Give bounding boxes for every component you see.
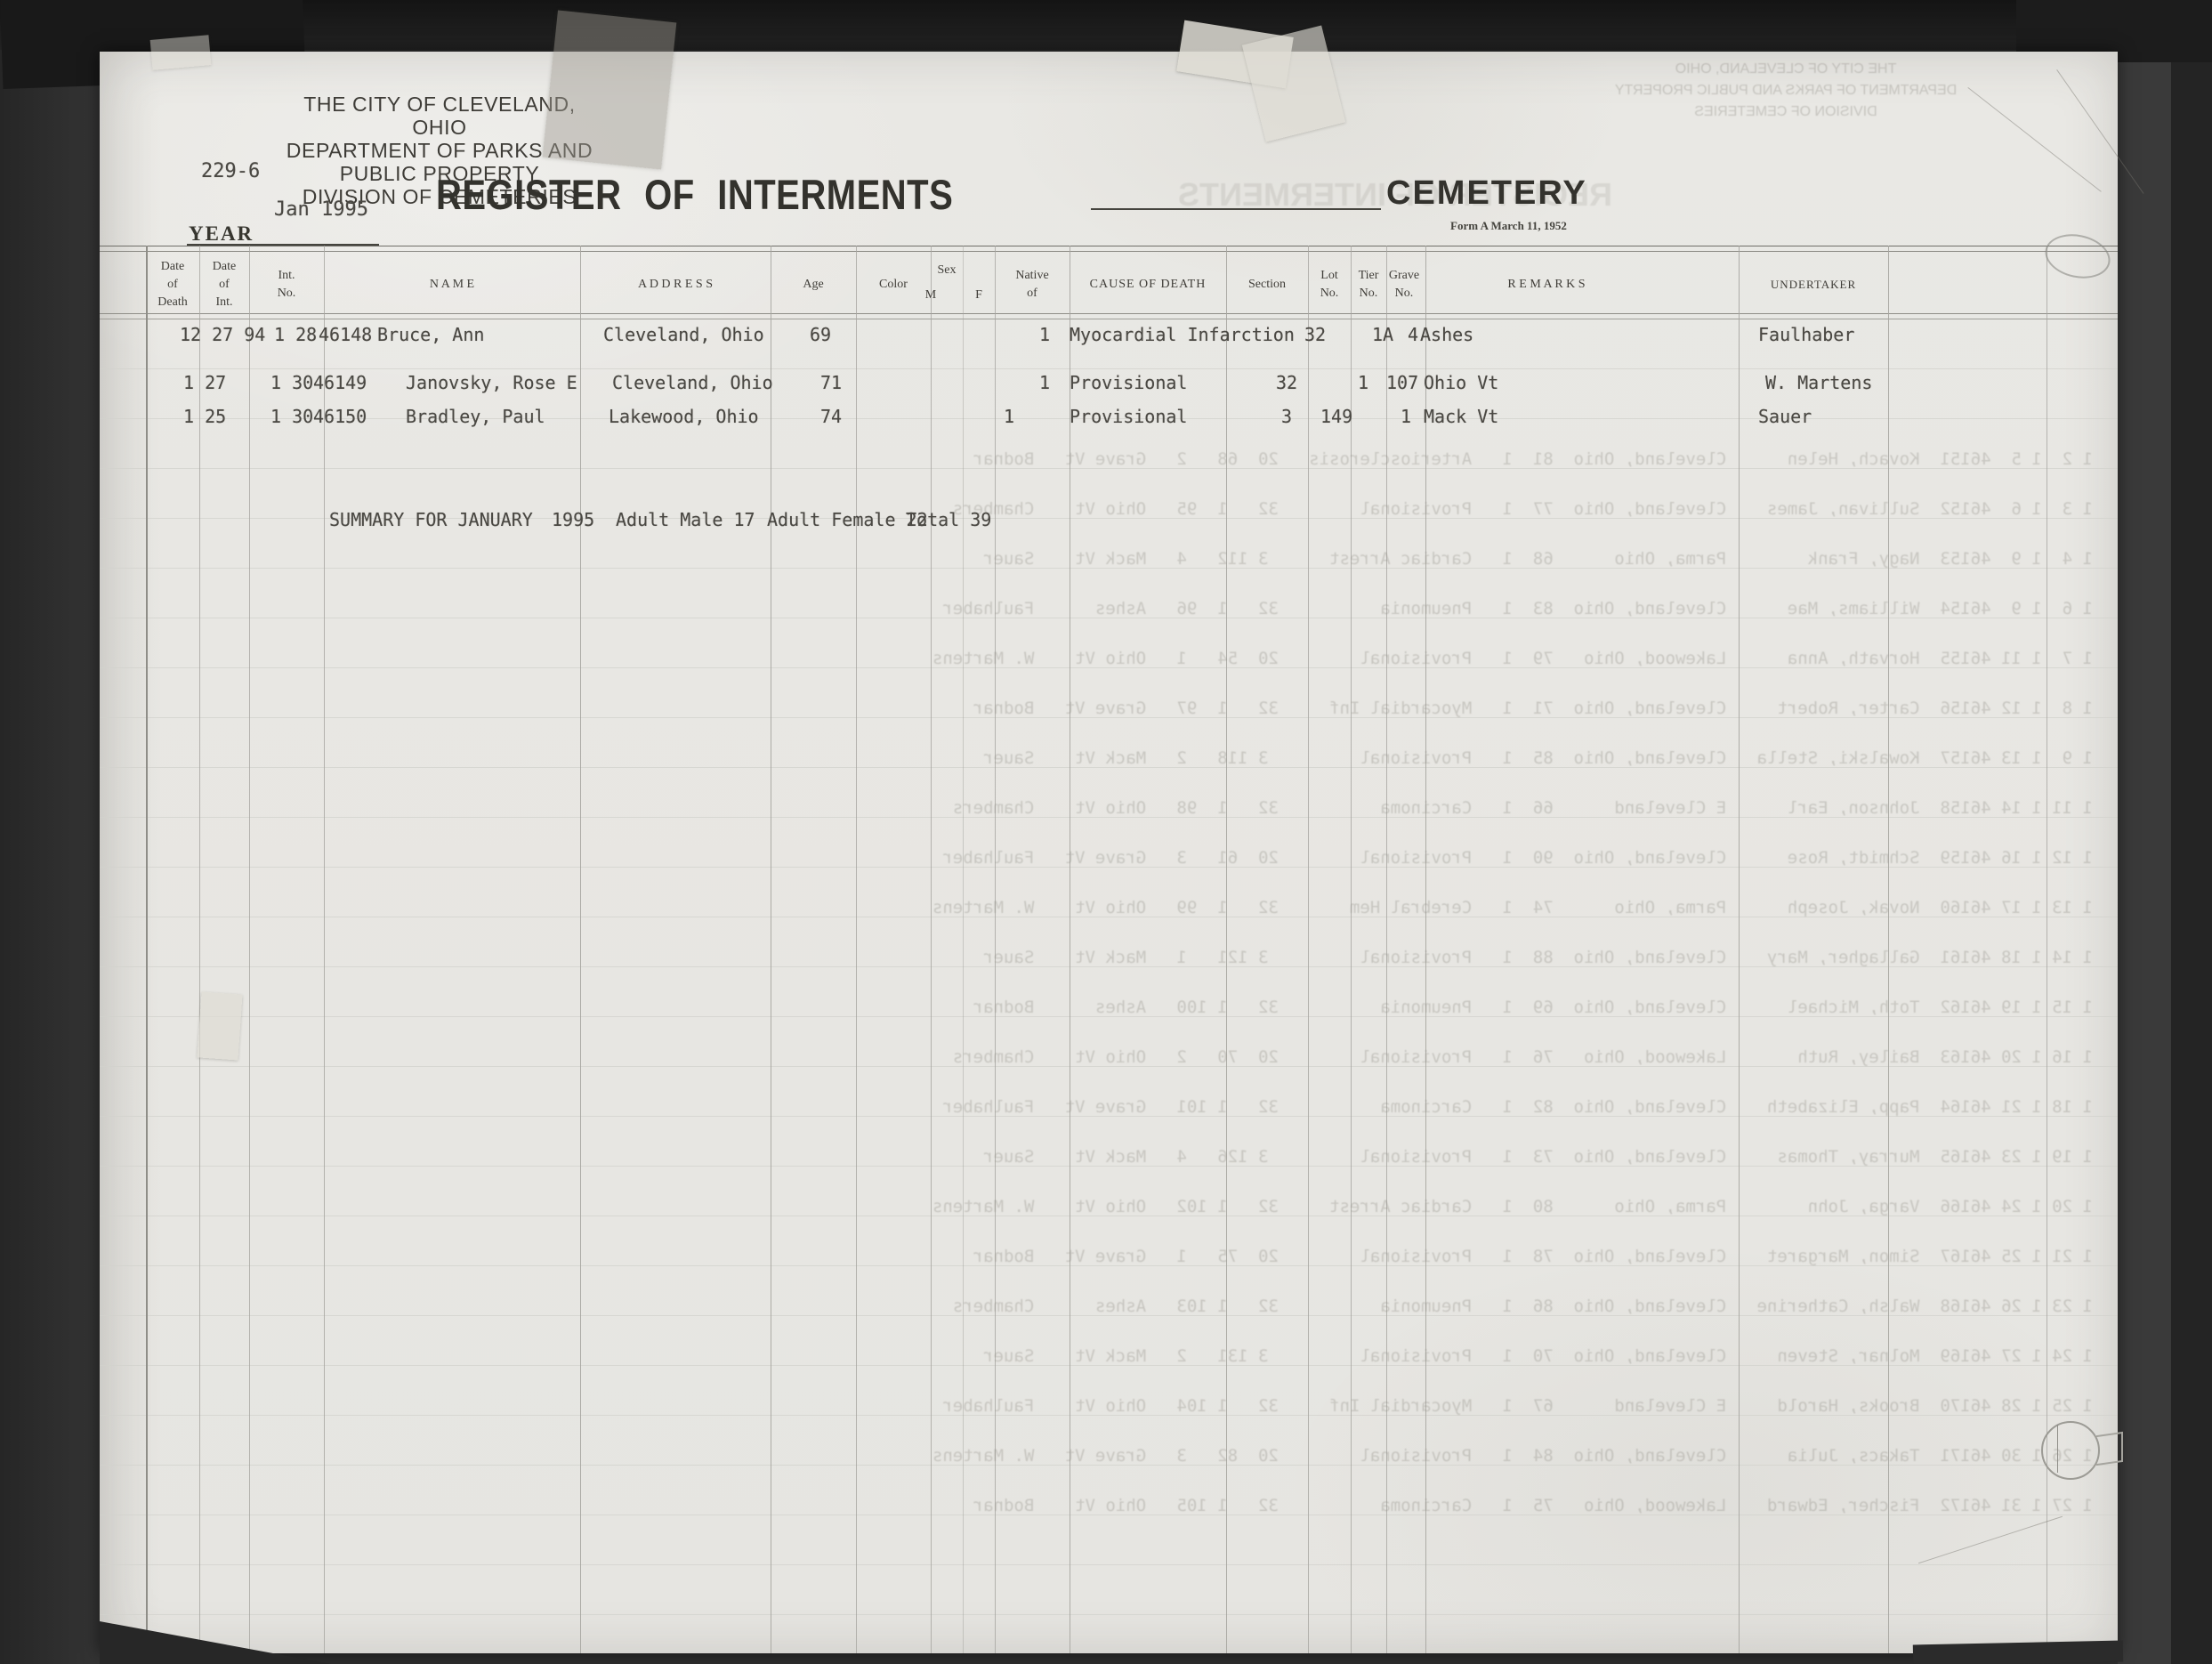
bleed-through-row: 1 26 1 30 46171 Takacs, Julia Cleveland,… (367, 1431, 2093, 1481)
cell-age: 74 (820, 406, 842, 427)
scanner-background-right (2118, 0, 2212, 1664)
table-column-line (324, 246, 325, 1653)
col-header-age: Age (803, 276, 823, 294)
cell-int-no: 46150 (313, 406, 367, 427)
cell-age: 69 (810, 324, 831, 345)
binder-ring-tab (2096, 1432, 2123, 1466)
col-header-name: N A M E (430, 276, 474, 294)
summary-total: Total 39 (906, 509, 991, 530)
cell-cause: Provisional (1070, 406, 1187, 427)
col-header-date-of-death: DateofDeath (157, 258, 187, 311)
col-header-lot-no: LotNo. (1320, 267, 1339, 303)
bleed-through-row: 1 7 1 11 46155 Horvath, Anna Lakewood, O… (367, 634, 2093, 683)
bleed-through-row: 1 11 1 14 46158 Johnson, Earl E Clevelan… (367, 783, 2093, 833)
cell-grave: 107 (1386, 372, 1418, 393)
bleed-through-row: 1 25 1 28 46170 Brooks, Harold E Clevela… (367, 1381, 2093, 1431)
cell-date-of-int: 1 30 (270, 372, 313, 393)
col-header-undertaker: UNDERTAKER (1771, 276, 1856, 294)
cell-date-of-death: 12 27 94 (180, 324, 265, 345)
binder-ring-inner-line (2057, 1425, 2058, 1473)
col-header-grave-no: GraveNo. (1389, 267, 1419, 303)
col-header-native-of: Nativeof (1015, 267, 1048, 303)
bleed-through-row: 1 9 1 13 46157 Kowalski, Stella Clevelan… (367, 733, 2093, 783)
cell-remarks: Ashes (1420, 324, 1473, 345)
bleed-through-header: THE CITY OF CLEVELAND, OHIO DEPARTMENT O… (1550, 59, 2022, 123)
corner-crease (1967, 87, 2101, 192)
cell-section: 3 (1281, 406, 1292, 427)
binder-ring-mark (2041, 1421, 2100, 1480)
cell-remarks: Mack Vt (1424, 406, 1498, 427)
summary-label: SUMMARY FOR JANUARY (329, 509, 533, 530)
col-header-address: A D D R E S S (638, 276, 713, 294)
cell-tier: 1 (1358, 372, 1368, 393)
col-header-cause-of-death: CAUSE OF DEATH (1090, 276, 1207, 294)
cell-date-of-int: 1 28 (274, 324, 317, 345)
cell-name: Janovsky, Rose E (406, 372, 577, 393)
bleed-through-row: 1 19 1 23 46165 Murray, Thomas Cleveland… (367, 1132, 2093, 1182)
cell-age: 71 (820, 372, 842, 393)
bleed-through-row: 1 15 1 19 46162 Toth, Michael Cleveland,… (367, 982, 2093, 1032)
bleed-through-row: 1 14 1 18 46161 Gallagher, Mary Clevelan… (367, 933, 2093, 982)
bleed-line: THE CITY OF CLEVELAND, OHIO (1550, 59, 2022, 80)
cell-int-no: 46148 (319, 324, 372, 345)
cell-sex-m: 1 (1004, 406, 1014, 427)
bleed-through-row: 1 20 1 24 46166 Varga, John Parma, Ohio … (367, 1182, 2093, 1232)
bleed-through-rows: 1 2 1 5 46151 Kovach, Helen Cleveland, O… (367, 434, 2093, 1531)
col-header-sex-f: F (975, 287, 982, 304)
scanned-register-page: THE CITY OF CLEVELAND, OHIO DEPARTMENT O… (0, 0, 2212, 1664)
bleed-through-row: 1 6 1 9 46154 Williams, Mae Cleveland, O… (367, 584, 2093, 634)
table-border-line (100, 251, 2118, 252)
cell-name: Bruce, Ann (377, 324, 484, 345)
bleed-through-row: 1 2 1 5 46151 Kovach, Helen Cleveland, O… (367, 434, 2093, 484)
bleed-through-row: 1 13 1 17 46160 Novak, Joseph Parma, Ohi… (367, 883, 2093, 933)
form-code: 229-6 (201, 160, 260, 182)
bleed-through-row: 1 21 1 25 46167 Simon, Margaret Clevelan… (367, 1232, 2093, 1281)
cell-address: Cleveland, Ohio (612, 372, 773, 393)
col-header-sex-m: M (925, 287, 936, 304)
cell-date-of-int: 1 30 (270, 406, 313, 427)
col-header-sex: Sex (938, 262, 957, 279)
table-row-line (100, 1614, 2118, 1615)
bleed-through-row: 1 4 1 9 46153 Nagy, Frank Parma, Ohio 68… (367, 534, 2093, 584)
cell-sex-f: 1 (1039, 372, 1050, 393)
cell-tier: 1A (1372, 324, 1393, 345)
cell-date-of-death: 1 27 (183, 372, 226, 393)
form-note: Form A March 11, 1952 (1450, 219, 1567, 233)
summary-adult-male: Adult Male 17 (616, 509, 755, 530)
cell-cause: Provisional (1070, 372, 1187, 393)
cell-name: Bradley, Paul (406, 406, 545, 427)
cell-undertaker: W. Martens (1765, 372, 1872, 393)
scanner-background-left (0, 0, 101, 1664)
cell-undertaker: Sauer (1758, 406, 1812, 427)
table-border-line (100, 319, 2118, 319)
table-column-line (146, 246, 148, 1653)
bleed-through-row: 1 8 1 12 46156 Carter, Robert Cleveland,… (367, 683, 2093, 733)
scanner-background-wedge (100, 1621, 331, 1664)
col-header-date-of-int: DateofInt. (213, 258, 236, 311)
register-title: REGISTER OF INTERMENTS (436, 173, 953, 220)
register-sheet: THE CITY OF CLEVELAND, OHIO DEPARTMENT O… (100, 52, 2118, 1653)
scanner-background-wedge (1913, 1641, 2123, 1664)
cell-int-no: 46149 (313, 372, 367, 393)
bleed-line: DEPARTMENT OF PARKS AND PUBLIC PROPERTY (1550, 80, 2022, 101)
year-underline (187, 226, 379, 246)
cell-sex-f: 1 (1039, 324, 1050, 345)
cemetery-blank-line (1091, 190, 1381, 210)
col-header-color: Color (879, 276, 908, 294)
table-border-line (100, 246, 2118, 246)
cemetery-title: CEMETERY (1386, 174, 1587, 213)
table-column-line (249, 246, 250, 1653)
table-row-line (100, 368, 2118, 369)
cell-lot: 149 (1320, 406, 1352, 427)
tape-piece-top-left (150, 35, 212, 70)
cell-grave: 1 (1401, 406, 1411, 427)
bleed-through-row: 1 16 1 20 46163 Bailey, Ruth Lakewood, O… (367, 1032, 2093, 1082)
cell-address: Lakewood, Ohio (609, 406, 759, 427)
bleed-through-row: 1 27 1 31 46172 Fischer, Edward Lakewood… (367, 1481, 2093, 1531)
cell-date-of-death: 1 25 (183, 406, 226, 427)
bleed-through-row: 1 18 1 21 46164 Papp, Elizabeth Clevelan… (367, 1082, 2093, 1132)
summary-adult-female: Adult Female 22 (767, 509, 928, 530)
year-value: Jan 1995 (274, 199, 368, 221)
bleed-through-row: 1 12 1 16 46159 Schmidt, Rose Cleveland,… (367, 833, 2093, 883)
summary-year: 1995 (552, 509, 594, 530)
bleed-line: DIVISION OF CEMETERIES (1550, 101, 2022, 123)
tape-piece-bottom-left (197, 991, 242, 1060)
cell-section: 32 (1276, 372, 1297, 393)
bleed-through-row: 1 24 1 27 46169 Molnar, Steven Cleveland… (367, 1331, 2093, 1381)
cell-address: Cleveland, Ohio (603, 324, 764, 345)
cell-section: 32 (1304, 324, 1326, 345)
cell-undertaker: Faulhaber (1758, 324, 1854, 345)
col-header-tier-no: TierNo. (1359, 267, 1379, 303)
cell-remarks: Ohio Vt (1424, 372, 1498, 393)
cell-grave: 4 (1408, 324, 1418, 345)
col-header-int-no: Int.No. (278, 267, 296, 303)
table-border-line (100, 313, 2118, 314)
cell-cause: Myocardial Infarction (1070, 324, 1295, 345)
scanner-background-top (0, 0, 2212, 50)
bleed-through-row: 1 23 1 26 46168 Walsh, Catherine Clevela… (367, 1281, 2093, 1331)
page-curl-mark (2041, 229, 2114, 284)
col-header-section: Section (1248, 276, 1286, 294)
table-row-line (100, 1564, 2118, 1565)
table-column-line (199, 246, 200, 1653)
masking-tape-top (543, 10, 677, 169)
col-header-remarks: R E M A R K S (1507, 276, 1585, 294)
